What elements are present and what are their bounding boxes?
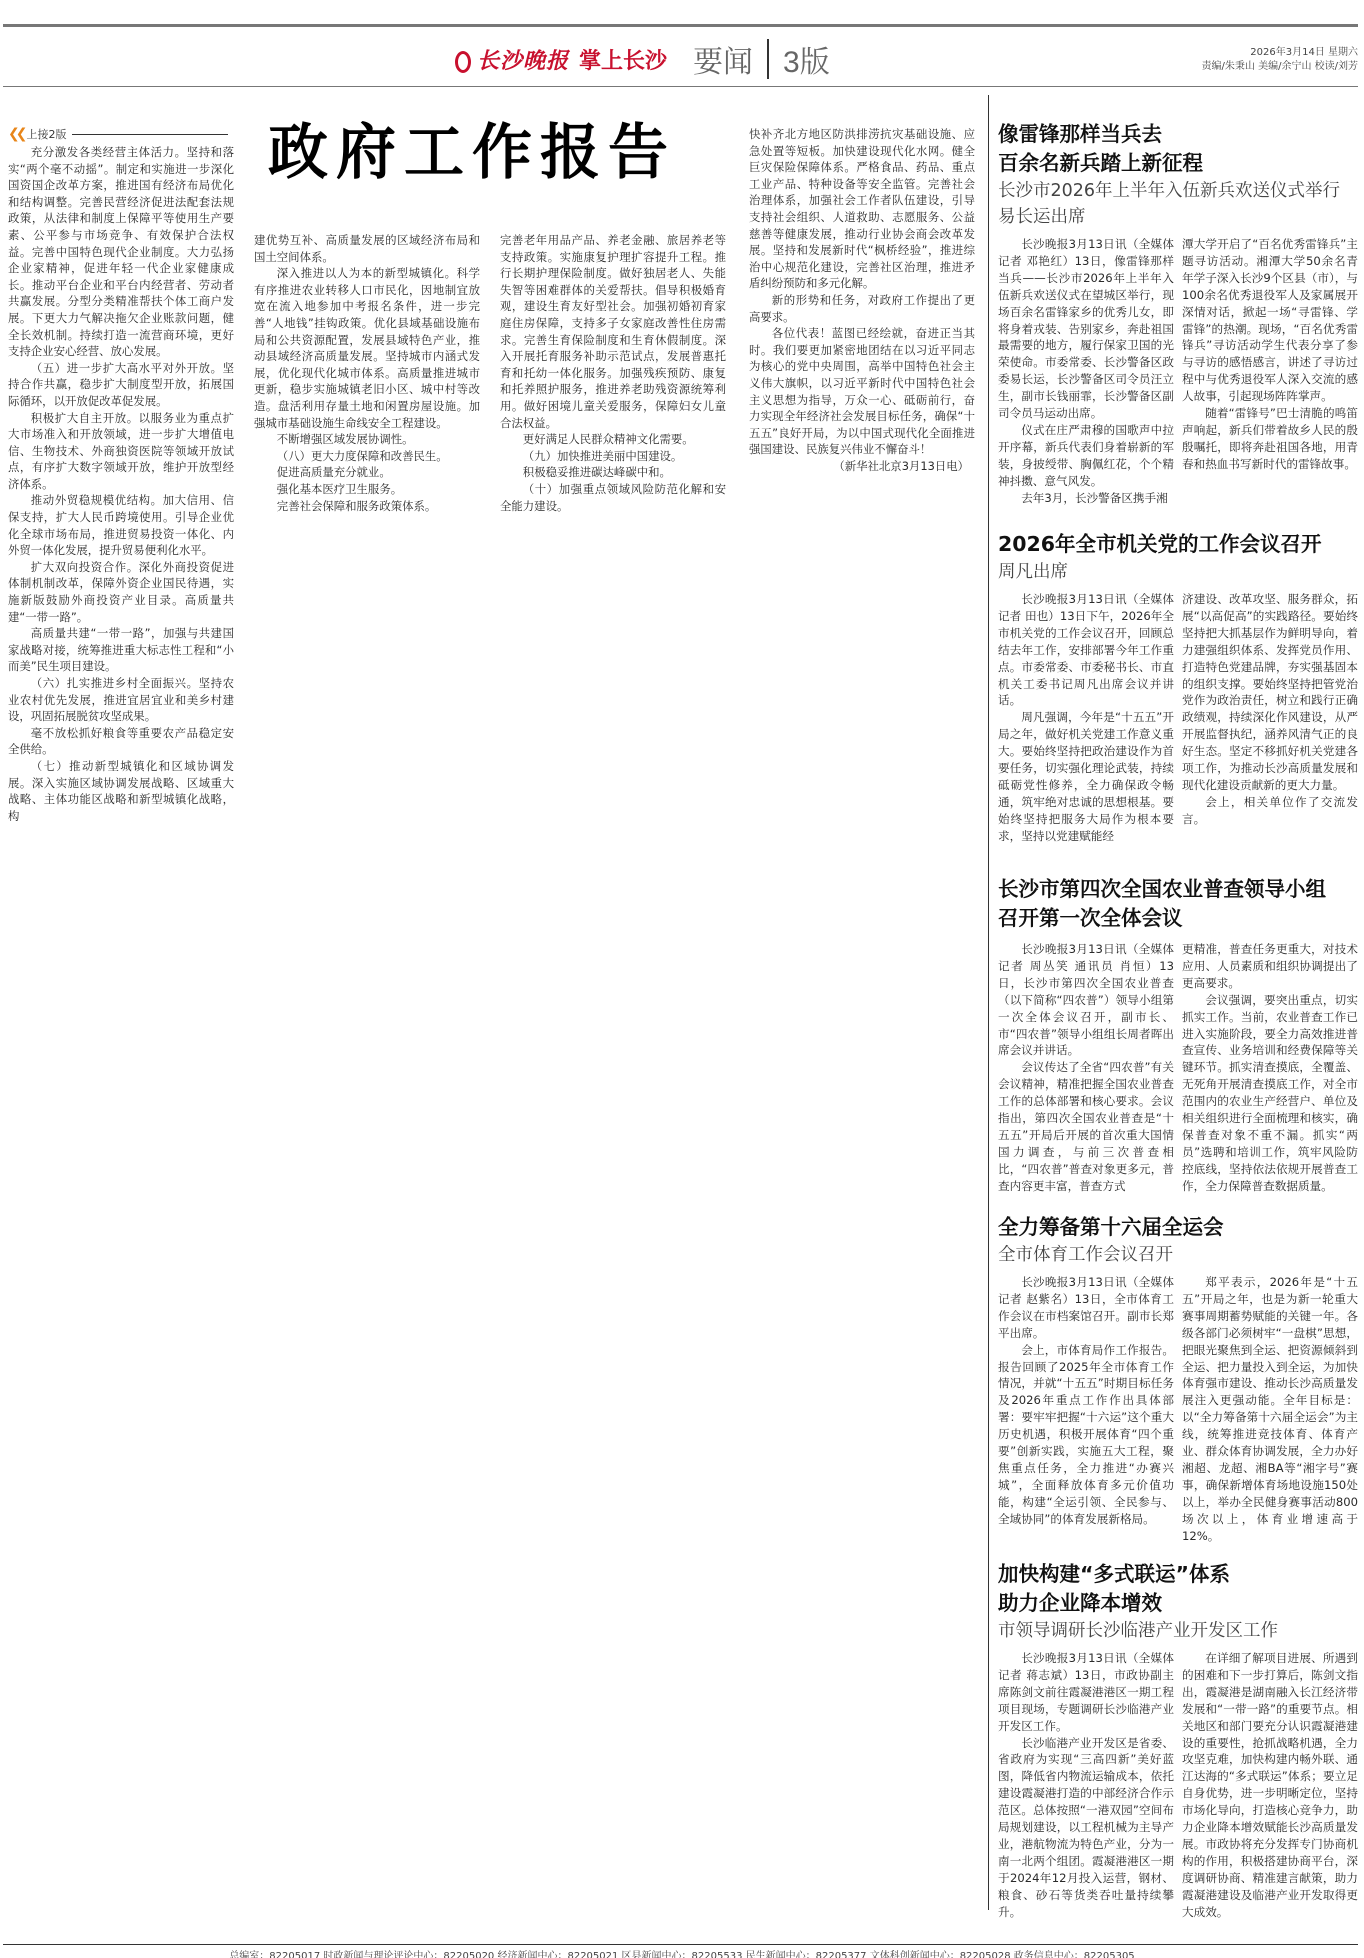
article-body: 长沙晚报3月13日讯（全媒体记者 周丛笑 通讯员 肖恒）13日，长沙市第四次全国… xyxy=(998,941,1358,1195)
paragraph: 不断增强区域发展协调性。 xyxy=(254,431,480,448)
paragraph: 在详细了解项目进展、所遇到的困难和下一步打算后，陈剑文指出，霞凝港是湖南融入长江… xyxy=(1182,1650,1358,1921)
masthead: 长沙晚报 掌上长沙 要闻 3版 2026年3月14日 星期六 责编/朱秉山 美编… xyxy=(0,35,1364,83)
logo-mark-icon xyxy=(455,51,471,73)
dateline-signoff: （新华社北京3月13日电） xyxy=(749,458,975,475)
paragraph: 潭大学开启了“百名优秀雷锋兵”主题寻访活动。湘潭大学50余名青年学子深入长沙9个… xyxy=(1182,236,1358,405)
paragraph: 各位代表！蓝图已经绘就，奋进正当其时。我们要更加紧密地团结在以习近平同志为核心的… xyxy=(749,325,975,458)
masthead-meta: 2026年3月14日 星期六 责编/朱秉山 美编/余宁山 校读/刘芳 xyxy=(1202,46,1358,74)
page-number: 3版 xyxy=(783,37,830,81)
article-body: 长沙晚报3月13日讯（全媒体记者 邓艳红）13日，像雷锋那样当兵——长沙市202… xyxy=(998,236,1358,507)
paragraph: 毫不放松抓好粮食等重要农产品稳定安全供给。 xyxy=(8,725,234,758)
article-body: 长沙晚报3月13日讯（全媒体记者 田也）13日下午，2026年全市机关党的工作会… xyxy=(998,591,1358,845)
paragraph: 建优势互补、高质量发展的区域经济布局和国土空间体系。 xyxy=(254,232,480,265)
news-article-3: 长沙市第四次全国农业普查领导小组召开第一次全体会议 长沙晚报3月13日讯（全媒体… xyxy=(998,875,1358,1195)
subheadline: 长沙市2026年上半年入伍新兵欢送仪式举行 易长运出席 xyxy=(998,178,1358,230)
paragraph: 新的形势和任务，对政府工作提出了更高要求。 xyxy=(749,292,975,325)
paragraph: 会议强调，要突出重点，切实抓实工作。当前，农业普查工作已进入实施阶段，要全力高效… xyxy=(1182,992,1358,1195)
paragraph: 扩大双向投资合作。深化外商投资促进体制机制改革，保障外资企业国民待遇，实施新版鼓… xyxy=(8,559,234,625)
article-body: 长沙晚报3月13日讯（全媒体记者 蒋志斌）13日，市政协副主席陈剑文前往霞凝港港… xyxy=(998,1650,1358,1921)
paragraph: 长沙晚报3月13日讯（全媒体记者 周丛笑 通讯员 肖恒）13日，长沙市第四次全国… xyxy=(998,941,1174,1059)
paragraph: 促进高质量充分就业。 xyxy=(254,464,480,481)
paper-name: 长沙晚报 xyxy=(477,48,569,74)
paragraph: 长沙晚报3月13日讯（全媒体记者 田也）13日下午，2026年全市机关党的工作会… xyxy=(998,591,1174,709)
article-body: 长沙晚报3月13日讯（全媒体记者 赵紫名）13日，全市体育工作会议在市档案馆召开… xyxy=(998,1274,1358,1545)
paragraph: 会上，相关单位作了交流发言。 xyxy=(1182,794,1358,828)
editor-credits: 责编/朱秉山 美编/余宁山 校读/刘芳 xyxy=(1202,60,1358,74)
report-column-4: 快补齐北方地区防洪排涝抗灾基础设施、应急处置等短板。加快建设现代化水网。健全巨灾… xyxy=(749,126,975,1914)
logo-group: 长沙晚报 掌上长沙 要闻 3版 xyxy=(455,37,830,81)
news-article-4: 全力筹备第十六届全运会 全市体育工作会议召开 长沙晚报3月13日讯（全媒体记者 … xyxy=(998,1213,1358,1545)
news-article-1: 像雷锋那样当兵去百余名新兵踏上新征程 长沙市2026年上半年入伍新兵欢送仪式举行… xyxy=(998,120,1358,507)
paragraph: 长沙晚报3月13日讯（全媒体记者 邓艳红）13日，像雷锋那样当兵——长沙市202… xyxy=(998,236,1174,422)
paragraph: 积极稳妥推进碳达峰碳中和。 xyxy=(500,464,726,481)
paragraph: 推动外贸稳规模优结构。加大信用、信保支持，扩大人民币跨境使用。引导企业优化全球市… xyxy=(8,492,234,558)
headline[interactable]: 长沙市第四次全国农业普查领导小组召开第一次全体会议 xyxy=(998,875,1358,933)
paper-logo[interactable]: 长沙晚报 xyxy=(455,44,569,75)
paragraph: 完善社会保障和服务政策体系。 xyxy=(254,498,480,515)
headline[interactable]: 2026年全市机关党的工作会议召开 xyxy=(998,530,1358,559)
paragraph: 充分激发各类经营主体活力。坚持和落实“两个毫不动摇”。制定和实施进一步深化国资国… xyxy=(8,144,234,360)
paragraph: 高质量共建“一带一路”，加强与共建国家战略对接，统筹推进重大标志性工程和“小而美… xyxy=(8,625,234,675)
headline[interactable]: 像雷锋那样当兵去百余名新兵踏上新征程 xyxy=(998,120,1358,178)
headline-line: 百余名新兵踏上新征程 xyxy=(998,149,1358,178)
news-article-2: 2026年全市机关党的工作会议召开 周凡出席 长沙晚报3月13日讯（全媒体记者 … xyxy=(998,530,1358,845)
paragraph: 郑平表示，2026年是“十五五”开局之年，也是为新一轮重大赛事周期蓄势赋能的关键… xyxy=(1182,1274,1358,1545)
headline-line: 长沙市第四次全国农业普查领导小组 xyxy=(998,875,1358,904)
paragraph: （八）更大力度保障和改善民生。 xyxy=(254,448,480,465)
headline-line: 2026年全市机关党的工作会议召开 xyxy=(998,530,1358,559)
paragraph: 更好满足人民群众精神文化需要。 xyxy=(500,431,726,448)
paragraph: 长沙晚报3月13日讯（全媒体记者 蒋志斌）13日，市政协副主席陈剑文前往霞凝港港… xyxy=(998,1650,1174,1735)
report-title: 政府工作报告 xyxy=(268,118,676,188)
paragraph: 积极扩大自主开放。以服务业为重点扩大市场准入和开放领域，进一步扩大增值电信、生物… xyxy=(8,410,234,493)
app-logo[interactable]: 掌上长沙 xyxy=(579,44,667,75)
continued-label: 上接2版 xyxy=(26,126,66,142)
headline-line: 加快构建“多式联运”体系 xyxy=(998,1560,1358,1589)
top-rule xyxy=(3,24,1358,27)
issue-date: 2026年3月14日 星期六 xyxy=(1202,46,1358,60)
masthead-divider xyxy=(767,39,769,79)
headline-line: 召开第一次全体会议 xyxy=(998,904,1358,933)
paragraph: 会上，市体育局作工作报告。报告回顾了2025年全市体育工作情况，并就“十五五”时… xyxy=(998,1342,1174,1528)
report-column-1: 充分激发各类经营主体活力。坚持和落实“两个毫不动摇”。制定和实施进一步深化国资国… xyxy=(8,144,234,1914)
paragraph: 去年3月，长沙警备区携手湘 xyxy=(998,490,1174,507)
paragraph: 强化基本医疗卫生服务。 xyxy=(254,481,480,498)
paragraph: 仪式在庄严肃穆的国歌声中拉开序幕，新兵代表们身着崭新的军装，身披绶带、胸佩红花，… xyxy=(998,422,1174,490)
paragraph: 长沙晚报3月13日讯（全媒体记者 赵紫名）13日，全市体育工作会议在市档案馆召开… xyxy=(998,1274,1174,1342)
paragraph: 更精准，普查任务更重大，对技术应用、人员素质和组织协调提出了更高要求。 xyxy=(1182,941,1358,992)
paragraph: 随着“雷锋号”巴士清脆的鸣笛声响起，新兵们带着故乡人民的殷殷嘱托，即将奔赴祖国各… xyxy=(1182,405,1358,473)
paragraph: 会议传达了全省“四农普”有关会议精神，精准把握全国农业普查工作的总体部署和核心要… xyxy=(998,1059,1174,1194)
headline-line: 助力企业降本增效 xyxy=(998,1589,1358,1618)
paragraph: （七）推动新型城镇化和区域协调发展。深入实施区域协调发展战略、区域重大战略、主体… xyxy=(8,758,234,824)
paragraph: （六）扎实推进乡村全面振兴。坚持农业农村优先发展，推进宜居宜业和美乡村建设，巩固… xyxy=(8,675,234,725)
subheadline: 周凡出席 xyxy=(998,559,1358,585)
paragraph: （五）进一步扩大高水平对外开放。坚持合作共赢，稳步扩大制度型开放，拓展国际循环，… xyxy=(8,360,234,410)
section-name: 要闻 xyxy=(693,37,753,81)
news-article-5: 加快构建“多式联运”体系助力企业降本增效 市领导调研长沙临港产业开发区工作 长沙… xyxy=(998,1560,1358,1921)
paragraph: 完善老年用品产品、养老金融、旅居养老等支持政策。实施康复护理扩容提升工程。推行长… xyxy=(500,232,726,431)
paragraph: 快补齐北方地区防洪排涝抗灾基础设施、应急处置等短板。加快建设现代化水网。健全巨灾… xyxy=(749,126,975,292)
headline-line: 像雷锋那样当兵去 xyxy=(998,120,1358,149)
paragraph: 周凡强调，今年是“十五五”开局之年，做好机关党建工作意义重大。要始终坚持把政治建… xyxy=(998,709,1174,844)
headline-line: 全力筹备第十六届全运会 xyxy=(998,1213,1358,1242)
subheadline: 全市体育工作会议召开 xyxy=(998,1242,1358,1268)
paragraph: 济建设、改革攻坚、服务群众，拓展“以高促高”的实践路径。要始终坚持把大抓基层作为… xyxy=(1182,591,1358,794)
column-divider xyxy=(988,95,989,1910)
headline[interactable]: 加快构建“多式联运”体系助力企业降本增效 xyxy=(998,1560,1358,1618)
continued-from[interactable]: ❮❮ 上接2版 xyxy=(8,126,228,142)
continued-rule xyxy=(72,134,228,135)
headline[interactable]: 全力筹备第十六届全运会 xyxy=(998,1213,1358,1242)
footer-rule xyxy=(3,1944,1358,1945)
paragraph: 长沙临港产业开发区是省委、省政府为实现“三高四新”美好蓝图，降低省内物流运输成本… xyxy=(998,1735,1174,1921)
masthead-rule xyxy=(3,86,1358,87)
subheadline: 市领导调研长沙临港产业开发区工作 xyxy=(998,1618,1358,1644)
footer-phone-directory: 总编室：82205017 时政新闻与理论评论中心：82205020 经济新闻中心… xyxy=(0,1947,1364,1958)
paragraph: （十）加强重点领域风险防范化解和安全能力建设。 xyxy=(500,481,726,514)
paragraph: （九）加快推进美丽中国建设。 xyxy=(500,448,726,465)
report-column-2: 建优势互补、高质量发展的区域经济布局和国土空间体系。 深入推进以人为本的新型城镇… xyxy=(254,232,480,1914)
report-column-3: 完善老年用品产品、养老金融、旅居养老等支持政策。实施康复护理扩容提升工程。推行长… xyxy=(500,232,726,1914)
double-chevron-left-icon: ❮❮ xyxy=(8,126,23,142)
paragraph: 深入推进以人为本的新型城镇化。科学有序推进农业转移人口市民化，因地制宜放宽在流入… xyxy=(254,265,480,431)
